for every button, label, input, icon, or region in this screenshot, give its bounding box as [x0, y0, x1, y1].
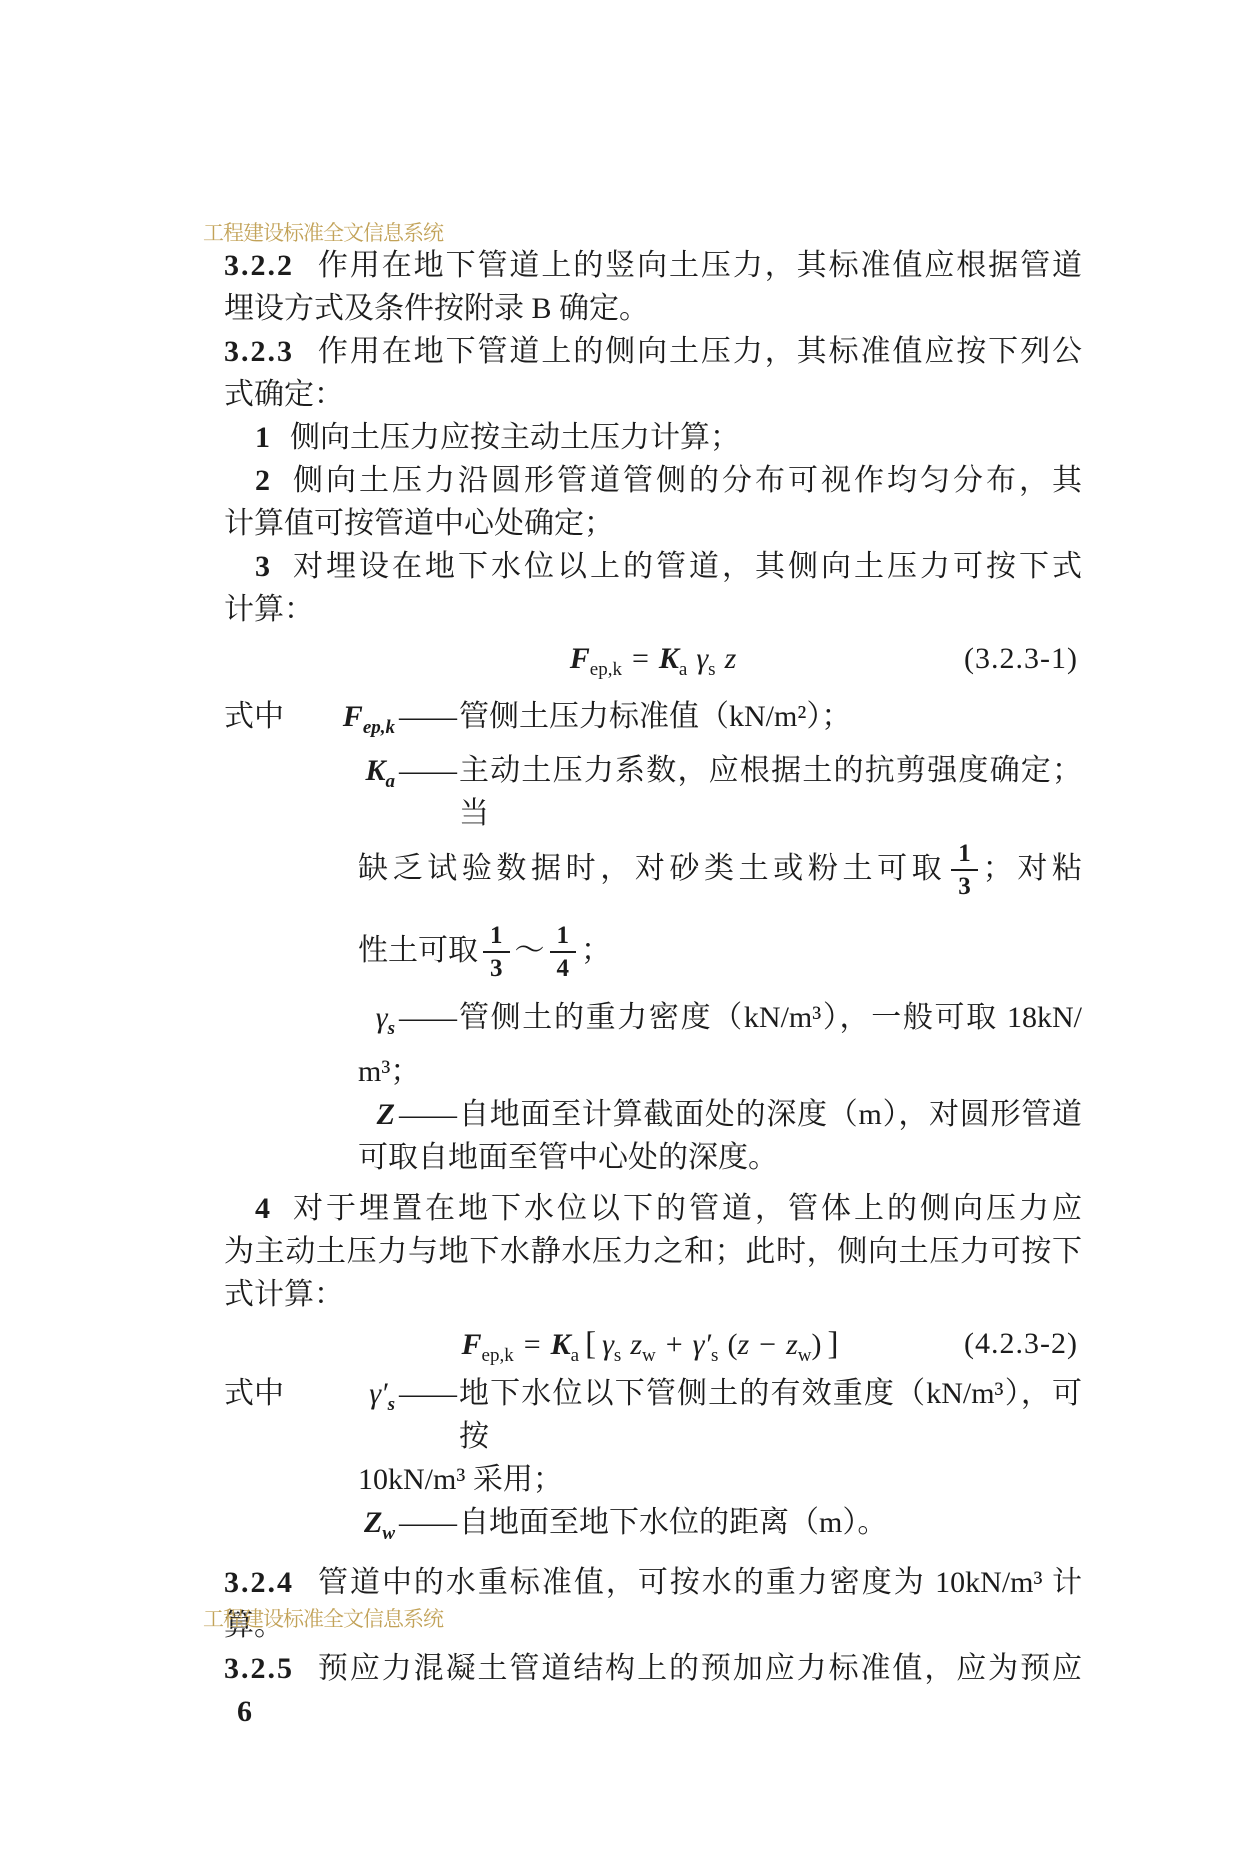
definition-Fepk: 式中 Fep,k —— 管侧土压力标准值（kN/m²）；	[224, 695, 1082, 749]
definition-dash: ——	[395, 996, 459, 1050]
document-page: 工程建设标准全文信息系统 3.2.2作用在地下管道上的竖向土压力，其标准值应根据…	[0, 0, 1260, 1867]
symbol-gamma-s: γs	[337, 996, 395, 1050]
definition-Ka-line3: 性土可取13～14；	[358, 923, 1082, 981]
clause-text: 作用在地下管道上的竖向土压力，其标准值应根据管道	[316, 249, 1082, 282]
list-item-1: 1侧向土压力应按主动土压力计算；	[224, 416, 1082, 459]
clause-number: 3.2.5	[224, 1652, 294, 1685]
definition-dash: ——	[395, 1501, 459, 1555]
definition-gamma-prime-s: 式中 γ′s —— 地下水位以下管侧土的有效重度（kN/m³），可按	[224, 1372, 1082, 1458]
clause-3-2-3-line2: 式确定：	[224, 373, 1082, 416]
clause-3-2-2-line1: 3.2.2作用在地下管道上的竖向土压力，其标准值应根据管道	[224, 244, 1082, 287]
clause-text: 作用在地下管道上的侧向土压力，其标准值应按下列公	[316, 335, 1082, 368]
definition-Ka-line2: 缺乏试验数据时，对砂类土或粉土可取13；对粘	[358, 841, 1082, 899]
definition-text: 自地面至地下水位的距离（m）。	[459, 1501, 1082, 1555]
fraction-one-third: 13	[483, 923, 510, 981]
minus-sign: −	[759, 1328, 776, 1361]
list-item-2-line1: 2侧向土压力沿圆形管道管侧的分布可视作均匀分布，其	[224, 459, 1082, 502]
left-paren: (	[727, 1328, 737, 1361]
definition-Zw: Zw —— 自地面至地下水位的距离（m）。	[224, 1501, 1082, 1555]
right-paren: )	[811, 1328, 821, 1361]
list-item-2-line2: 计算值可按管道中心处确定；	[224, 502, 1082, 545]
item-text: 侧向土压力应按主动土压力计算；	[290, 421, 740, 454]
footer-watermark: 工程建设标准全文信息系统	[203, 1603, 443, 1633]
list-item-3-line1: 3对埋设在地下水位以上的管道，其侧向土压力可按下式	[224, 545, 1082, 588]
definition-text: 地下水位以下管侧土的有效重度（kN/m³），可按	[459, 1372, 1082, 1458]
definition-Ka: Ka —— 主动土压力系数，应根据土的抗剪强度确定；当	[224, 749, 1082, 835]
list-item-4-line2: 为主动土压力与地下水静水压力之和；此时，侧向土压力可按下	[224, 1230, 1082, 1273]
symbol-Z: Z	[337, 1093, 395, 1136]
definition-dash: ——	[395, 1093, 459, 1136]
definition-gamma-prime-s-line2: 10kN/m³ 采用；	[358, 1458, 1082, 1501]
clause-3-2-5-line1: 3.2.5预应力混凝土管道结构上的预加应力标准值，应为预应	[224, 1647, 1082, 1690]
item-text: 对埋设在地下水位以上的管道，其侧向土压力可按下式	[290, 550, 1082, 583]
list-item-4-line3: 式计算：	[224, 1273, 1082, 1316]
clause-3-2-2-line2: 埋设方式及条件按附录 B 确定。	[224, 287, 1082, 330]
right-bracket: ]	[827, 1326, 838, 1362]
formula-4-2-3-2: Fep,k=Ka[γszw+γ′s(z−zw)] (4.2.3-2)	[224, 1316, 1082, 1372]
formula-3-2-3-1: Fep,k=Kaγsz (3.2.3-1)	[224, 631, 1082, 687]
symbol-Ka: Ka	[337, 749, 395, 835]
definition-dash: ——	[395, 695, 459, 749]
equals-sign: =	[632, 642, 649, 675]
definition-gamma-s: γs —— 管侧土的重力密度（kN/m³），一般可取 18kN/	[224, 996, 1082, 1050]
formula-expression: Fep,k=Kaγsz	[570, 642, 737, 675]
formula-number: (3.2.3-1)	[964, 631, 1078, 687]
left-bracket: [	[585, 1326, 596, 1362]
definition-Z-line2: 可取自地面至管中心处的深度。	[358, 1136, 1082, 1179]
item-text: 对于埋置在地下水位以下的管道，管体上的侧向压力应	[290, 1192, 1082, 1225]
item-text: 侧向土压力沿圆形管道管侧的分布可视作均匀分布，其	[290, 464, 1082, 497]
fraction-one-fourth: 14	[550, 923, 577, 981]
definition-text: 自地面至计算截面处的深度（m），对圆形管道	[459, 1093, 1082, 1136]
clause-text: 管道中的水重标准值，可按水的重力密度为 10kN/m³ 计	[316, 1566, 1082, 1599]
list-item-3-line2: 计算：	[224, 588, 1082, 631]
symbol-Fepk: Fep,k	[337, 695, 395, 749]
definition-text: 管侧土压力标准值（kN/m²）；	[459, 695, 1082, 749]
item-number: 3	[255, 550, 270, 583]
definition-dash: ——	[395, 1372, 459, 1458]
where-label: 式中	[224, 1372, 337, 1458]
formula-number: (4.2.3-2)	[964, 1316, 1078, 1372]
symbol-gamma-prime-s: γ′s	[337, 1372, 395, 1458]
equals-sign: =	[524, 1328, 541, 1361]
plus-sign: +	[666, 1328, 683, 1361]
symbol-Zw: Zw	[337, 1501, 395, 1555]
item-number: 2	[255, 464, 270, 497]
clause-text: 预应力混凝土管道结构上的预加应力标准值，应为预应	[316, 1652, 1082, 1685]
page-number: 6	[237, 1690, 1082, 1733]
definition-gamma-s-line2: m³；	[358, 1050, 1082, 1093]
fraction-one-third: 13	[951, 841, 978, 899]
clause-number: 3.2.2	[224, 249, 294, 282]
definition-dash: ——	[395, 749, 459, 835]
item-number: 4	[255, 1192, 270, 1225]
definition-text: 主动土压力系数，应根据土的抗剪强度确定；当	[459, 749, 1082, 835]
item-number: 1	[255, 421, 270, 454]
definition-text: 管侧土的重力密度（kN/m³），一般可取 18kN/	[459, 996, 1082, 1050]
clause-3-2-3-line1: 3.2.3作用在地下管道上的侧向土压力，其标准值应按下列公	[224, 330, 1082, 373]
header-watermark: 工程建设标准全文信息系统	[203, 217, 443, 247]
clause-3-2-4-line1: 3.2.4管道中的水重标准值，可按水的重力密度为 10kN/m³ 计	[224, 1561, 1082, 1604]
definition-Z: Z —— 自地面至计算截面处的深度（m），对圆形管道	[224, 1093, 1082, 1136]
tilde: ～	[515, 934, 545, 967]
formula-expression: Fep,k=Ka[γszw+γ′s(z−zw)]	[462, 1328, 845, 1361]
list-item-4-line1: 4对于埋置在地下水位以下的管道，管体上的侧向压力应	[224, 1187, 1082, 1230]
page-body: 3.2.2作用在地下管道上的竖向土压力，其标准值应根据管道 埋设方式及条件按附录…	[224, 244, 1082, 1733]
clause-number: 3.2.4	[224, 1566, 294, 1599]
clause-number: 3.2.3	[224, 335, 294, 368]
where-label: 式中	[224, 695, 337, 749]
